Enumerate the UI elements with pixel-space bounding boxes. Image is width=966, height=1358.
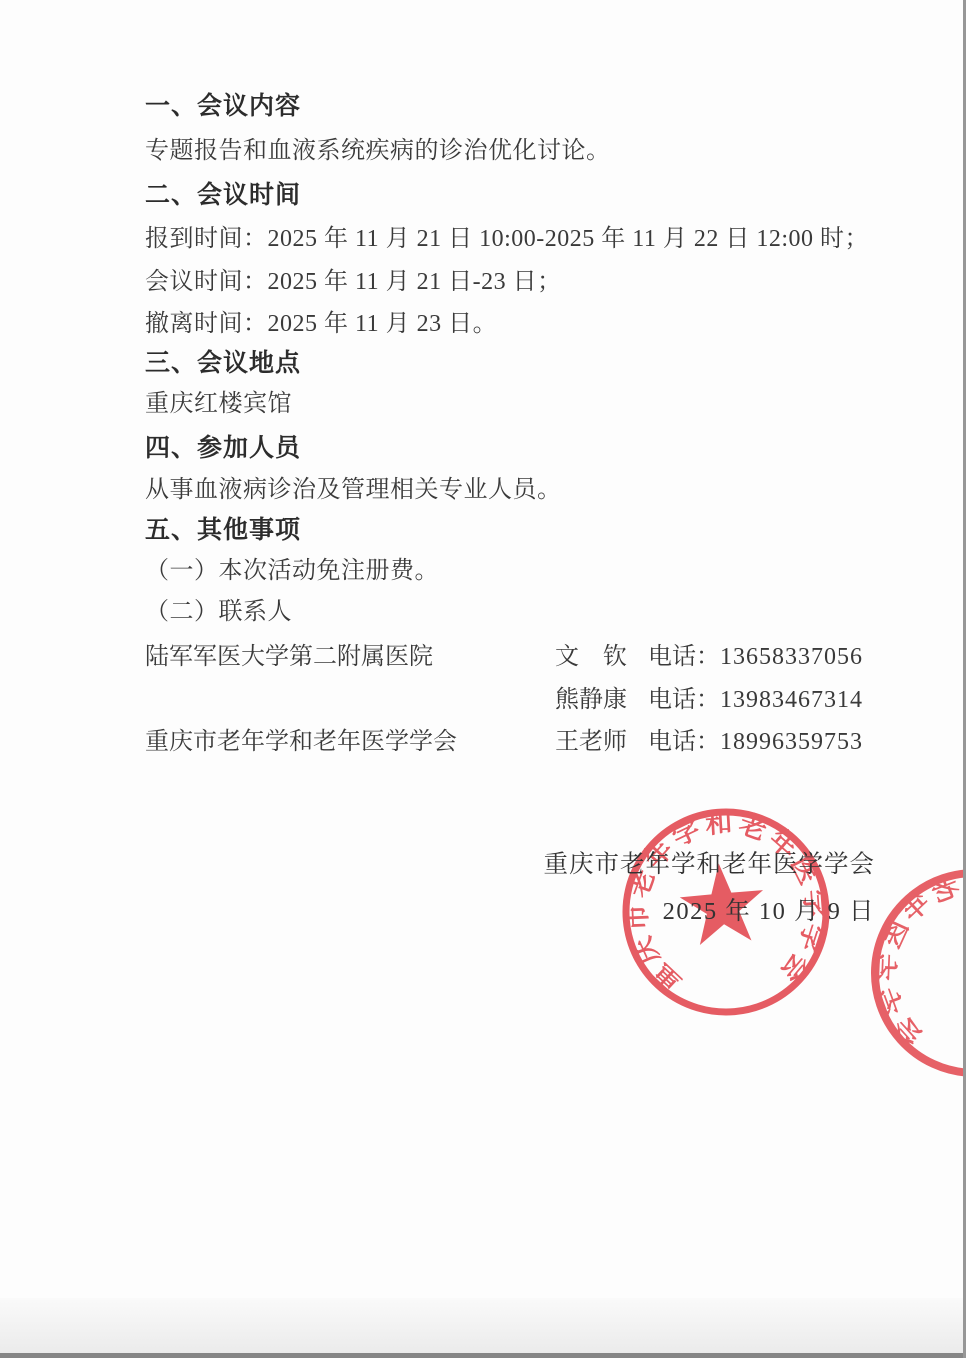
contact-org: 陆军军医大学第二附属医院 [145, 642, 433, 672]
section-body: 重庆红楼宾馆 [145, 389, 292, 419]
contact-phone: 电话：13658337056 [648, 642, 863, 672]
section-heading-2: 二、会议时间 [145, 181, 301, 211]
section-body: 从事血液病诊治及管理相关专业人员。 [145, 475, 562, 505]
phone-number: 18996359753 [720, 729, 863, 755]
section-body: 报到时间：2025 年 11 月 21 日 10:00-2025 年 11 月 … [145, 224, 869, 254]
contact-name: 王老师 [555, 727, 627, 757]
section-heading-4: 四、参加人员 [145, 434, 301, 464]
section-heading-5: 五、其他事项 [145, 516, 301, 546]
phone-number: 13658337056 [720, 644, 863, 670]
section-body: （二）联系人 [145, 597, 292, 627]
contact-name: 熊静康 [555, 685, 627, 715]
section-heading-3: 三、会议地点 [145, 349, 301, 379]
contact-row: 陆军军医大学第二附属医院 文 钦 电话：13658337056 [145, 642, 865, 672]
phone-label: 电话： [648, 729, 720, 755]
phone-number: 13983467314 [720, 687, 863, 713]
contact-name: 文 钦 [555, 642, 627, 672]
signature-org: 重庆市老年学和老年医学学会 [544, 850, 876, 880]
contact-org: 重庆市老年学和老年医学学会 [145, 727, 457, 757]
scanned-document-page: 一、会议内容 专题报告和血液系统疾病的诊治优化讨论。 二、会议时间 报到时间：2… [0, 0, 966, 1358]
scan-bottom-edge [0, 1353, 966, 1358]
phone-label: 电话： [648, 687, 720, 713]
red-seal-stamp-partial: 重庆市老年学和老年医学学会 [865, 863, 966, 1083]
section-heading-1: 一、会议内容 [145, 92, 301, 122]
signature-block: 重庆市老年学和老年医学学会 2025 年 10 月 9 日 [544, 850, 876, 927]
contact-row: 重庆市老年学和老年医学学会 王老师 电话：18996359753 [145, 727, 865, 757]
section-body: 撤离时间：2025 年 11 月 23 日。 [145, 309, 497, 339]
seal-arc-text: 重庆市老年学和老年医学学会 [867, 863, 966, 1063]
contact-phone: 电话：13983467314 [648, 685, 863, 715]
section-body: 会议时间：2025 年 11 月 21 日-23 日； [145, 267, 562, 297]
phone-label: 电话： [648, 644, 720, 670]
contact-row: 熊静康 电话：13983467314 [145, 685, 865, 715]
section-body: 专题报告和血液系统疾病的诊治优化讨论。 [145, 136, 611, 166]
svg-text:重庆市老年学和老年医学学会: 重庆市老年学和老年医学学会 [867, 863, 966, 1063]
scan-bottom-shadow [0, 1298, 966, 1353]
signature-date: 2025 年 10 月 9 日 [544, 897, 876, 927]
contact-phone: 电话：18996359753 [648, 727, 863, 757]
section-body: （一）本次活动免注册费。 [145, 556, 439, 586]
